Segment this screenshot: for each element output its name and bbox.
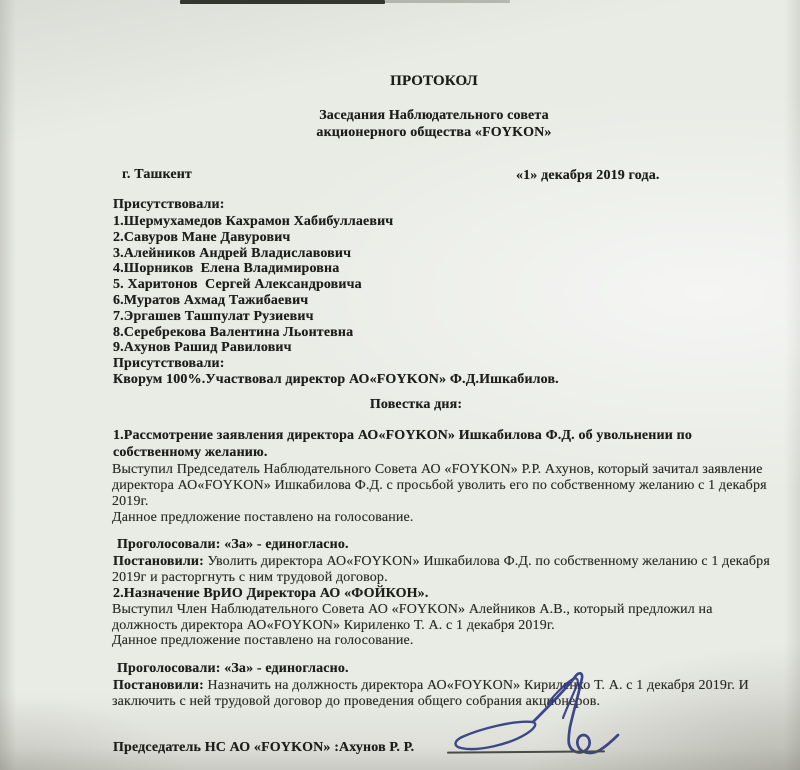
doc-text-bold: 1.Рассмотрение заявления директора АО«FO… — [113, 428, 692, 443]
doc-line: 2.Савуров Мане Давурович — [113, 230, 290, 245]
doc-text: директора АО«FOYKON» Ишкабилова Ф.Д. с п… — [112, 478, 767, 493]
doc-text-bold: 2.Назначение ВрИО Директора АО «ФОЙКОН». — [113, 586, 428, 601]
doc-text-bold: 8.Серебрекова Валентина Льонтевна — [113, 325, 353, 340]
doc-text-bold: Проголосовали: «За» - единогласно. — [117, 537, 349, 552]
doc-text-bold: Присутствовали: — [113, 197, 225, 212]
doc-text-bold: Заседания Наблюдательного совета — [319, 108, 549, 123]
doc-line: Данное предложение поставлено на голосов… — [112, 510, 414, 525]
doc-line: Постановили: Уволить директора АО«FOYKON… — [113, 554, 770, 569]
doc-text-bold: собственному желанию. — [113, 445, 268, 460]
doc-line: Присутствовали: — [113, 356, 225, 371]
doc-text-bold: 6.Муратов Ахмад Тажибаевич — [113, 293, 308, 308]
doc-text: должность директора АО«FOYKON» Кириленко… — [112, 618, 555, 633]
doc-text-bold: 4.Шорников Елена Владимировна — [113, 261, 339, 276]
doc-text-bold: 1.Шермухамедов Кахрамон Хабибуллаевич — [113, 214, 393, 229]
doc-text: 2019г и расторгнуть с ним трудовой догов… — [112, 570, 388, 585]
doc-line: 9.Ахунов Рашид Равилович — [113, 340, 292, 355]
doc-line: Повестка дня: — [16, 397, 800, 412]
doc-text-bold: г. Ташкент — [122, 167, 192, 182]
doc-line: Проголосовали: «За» - единогласно. — [117, 661, 349, 676]
doc-line: акционерного общества «FOYKON» — [34, 125, 800, 140]
doc-text-bold: акционерного общества «FOYKON» — [316, 125, 551, 140]
doc-line: Выступил Член Наблюдательного Совета АО … — [112, 602, 713, 617]
doc-text-bold: 5. Харитонов Сергей Александровича — [113, 277, 362, 292]
photo-top-edge-shadow — [180, 0, 385, 4]
doc-text-bold: ПРОТОКОЛ — [390, 73, 478, 89]
doc-text: Уволить директора АО«FOYKON» Ишкабилова … — [208, 554, 770, 569]
doc-line: 1.Шермухамедов Кахрамон Хабибуллаевич — [113, 214, 393, 229]
doc-text: 2019г. — [112, 494, 149, 509]
doc-text-bold: 3.Алейников Андрей Владиславович — [113, 246, 351, 261]
doc-line: Данное предложение поставлено на голосов… — [112, 633, 414, 648]
doc-text-bold: 9.Ахунов Рашид Равилович — [113, 340, 292, 355]
doc-line: Выступил Председатель Наблюдательного Со… — [112, 462, 763, 477]
scanned-document-photo: ПРОТОКОЛЗаседания Наблюдательного совета… — [0, 0, 800, 770]
doc-line: «1» декабря 2019 года. — [516, 168, 660, 183]
doc-text-bold: «1» декабря 2019 года. — [516, 168, 660, 183]
doc-line: 7.Эргашев Ташпулат Рузиевич — [113, 309, 314, 324]
doc-line: Кворум 100%.Участвовал директор АО«FOYKO… — [113, 372, 559, 387]
doc-text: Данное предложение поставлено на голосов… — [112, 510, 414, 525]
doc-line: 6.Муратов Ахмад Тажибаевич — [113, 293, 308, 308]
doc-line: 3.Алейников Андрей Владиславович — [113, 246, 351, 261]
signature-ink — [428, 652, 628, 764]
doc-text: Выступил Член Наблюдательного Совета АО … — [112, 602, 713, 617]
doc-line: 2.Назначение ВрИО Директора АО «ФОЙКОН». — [113, 586, 428, 601]
doc-line: 8.Серебрекова Валентина Льонтевна — [113, 325, 353, 340]
doc-line: собственному желанию. — [113, 445, 268, 460]
doc-line: Проголосовали: «За» - единогласно. — [117, 537, 349, 552]
doc-line: директора АО«FOYKON» Ишкабилова Ф.Д. с п… — [112, 478, 767, 493]
doc-line: должность директора АО«FOYKON» Кириленко… — [112, 618, 555, 633]
photo-top-edge-shadow-faint — [385, 0, 510, 3]
doc-line: Присутствовали: — [113, 197, 225, 212]
doc-text: Выступил Председатель Наблюдательного Со… — [112, 462, 763, 477]
doc-text-bold: 2.Савуров Мане Давурович — [113, 230, 290, 245]
doc-line: 2019г и расторгнуть с ним трудовой догов… — [112, 570, 388, 585]
doc-line: 4.Шорников Елена Владимировна — [113, 261, 339, 276]
doc-line: г. Ташкент — [122, 167, 192, 182]
doc-text-bold: Проголосовали: «За» - единогласно. — [117, 661, 349, 676]
doc-line: 1.Рассмотрение заявления директора АО«FO… — [113, 428, 692, 443]
doc-text-bold: Присутствовали: — [113, 356, 225, 371]
doc-line: Заседания Наблюдательного совета — [34, 108, 800, 123]
doc-text-bold: Кворум 100%.Участвовал директор АО«FOYKO… — [113, 372, 559, 387]
doc-text-bold: 7.Эргашев Ташпулат Рузиевич — [113, 309, 314, 324]
doc-text-bold: Постановили: — [113, 678, 208, 693]
doc-text-bold: Председатель НС АО «FOYKON» :Ахунов Р. Р… — [113, 740, 414, 755]
doc-line: 5. Харитонов Сергей Александровича — [113, 277, 362, 292]
doc-line: ПРОТОКОЛ — [34, 74, 800, 89]
doc-line: 2019г. — [112, 494, 149, 509]
doc-text-bold: Повестка дня: — [370, 397, 462, 412]
doc-text-bold: Постановили: — [113, 554, 208, 569]
doc-line: Председатель НС АО «FOYKON» :Ахунов Р. Р… — [113, 740, 414, 755]
doc-text: Данное предложение поставлено на голосов… — [112, 633, 414, 648]
